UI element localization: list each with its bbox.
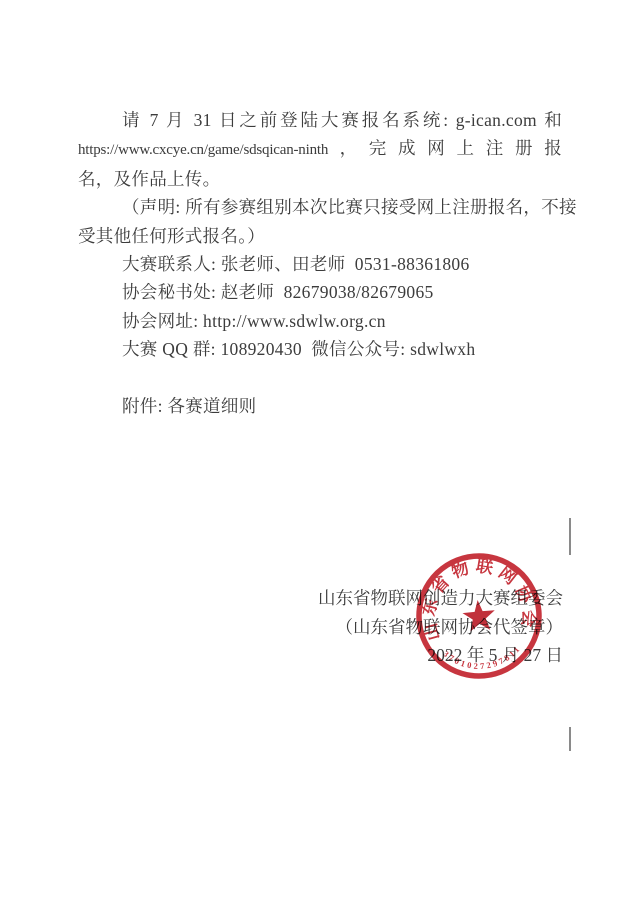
scan-artifact-line-bottom: [569, 727, 571, 751]
body-line-contest-contact: 大赛联系人: 张老师、田老师 0531-88361806: [78, 250, 562, 278]
registration-url: https://www.cxcye.cn/game/sdsqican-ninth: [78, 142, 328, 158]
body-line-declaration-1: （声明: 所有参赛组别本次比赛只接受网上注册报名，不接: [78, 193, 562, 221]
body-line-registration-system: 请 7 月 31 日之前登陆大赛报名系统: g-ican.com 和: [78, 106, 562, 134]
seal-star-icon: [461, 599, 496, 633]
body-line-qq-wechat: 大赛 QQ 群: 108920430 微信公众号: sdwlwxh: [78, 335, 562, 363]
body-line-secretariat: 协会秘书处: 赵老师 82679038/82679065: [78, 278, 562, 306]
body-line-url: https://www.cxcye.cn/game/sdsqican-ninth…: [78, 134, 562, 164]
body-line-url-tail: ，完成网上注册报: [328, 138, 562, 158]
body-line-attachment: 附件: 各赛道细则: [78, 392, 562, 420]
body-line-website: 协会网址: http://www.sdwlw.org.cn: [78, 307, 562, 335]
body-line-declaration-2: 受其他任何形式报名。）: [78, 222, 562, 250]
letter-body: 请 7 月 31 日之前登陆大赛报名系统: g-ican.com 和 https…: [78, 106, 562, 420]
svg-text:山东省物联网协会: 山东省物联网协会: [413, 550, 541, 643]
scan-artifact-line-top: [569, 518, 571, 555]
body-line-upload: 名，及作品上传。: [78, 165, 562, 193]
document-page: 请 7 月 31 日之前登陆大赛报名系统: g-ican.com 和 https…: [0, 0, 640, 905]
seal-org-name: 山东省物联网协会: [413, 550, 541, 643]
official-seal: 山东省物联网协会 3701027297811: [409, 546, 550, 687]
